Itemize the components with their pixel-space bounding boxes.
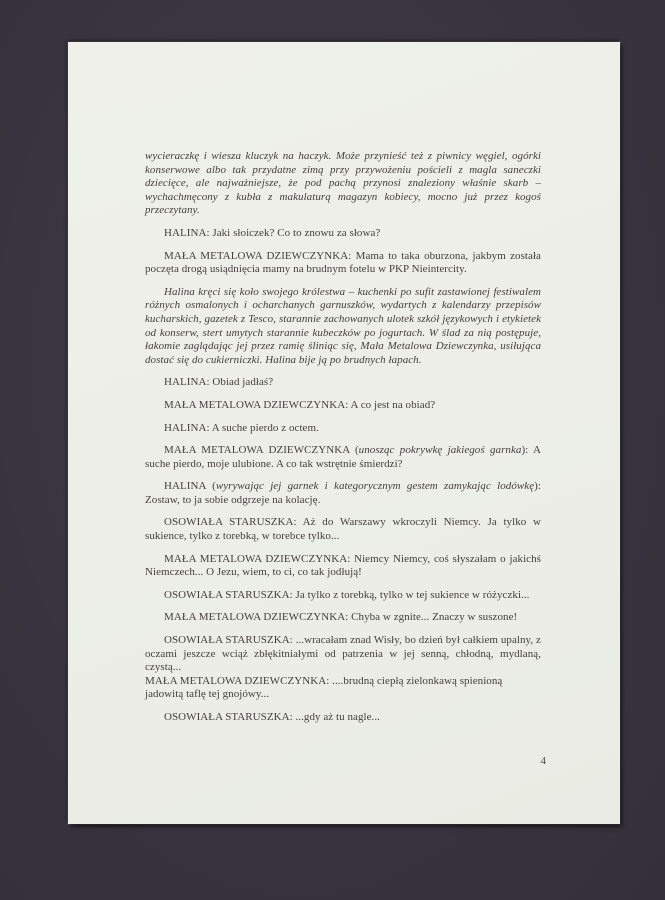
dialogue-line: OSOWIAŁA STARUSZKA: ...wracałam znad Wis… — [145, 634, 541, 675]
script-text: wycieraczkę i wiesza kluczyk na haczyk. … — [145, 150, 541, 725]
dialogue-line: MAŁA METALOWA DZIEWCZYNKA: ....brudną ci… — [145, 675, 541, 702]
dialogue-line: HALINA: Obiad jadłaś? — [145, 376, 541, 390]
stage-direction: Halina kręci się koło swojego królestwa … — [145, 286, 541, 368]
dialogue-line: HALINA: A suche pierdo z octem. — [145, 422, 541, 436]
parenthetical-text: unosząc pokrywkę jakiegoś garnka — [359, 444, 522, 456]
line-text: HALINA ( — [164, 480, 216, 492]
dialogue-line: HALINA: Jaki słoiczek? Co to znowu za sł… — [145, 227, 541, 241]
line-text: OSOWIAŁA STARUSZKA: Aż do Warszawy wkroc… — [145, 516, 541, 542]
line-text: HALINA: Obiad jadłaś? — [164, 376, 273, 388]
parenthetical-text: wycieraczkę i wiesza kluczyk na haczyk. … — [145, 150, 541, 216]
line-text: MAŁA METALOWA DZIEWCZYNKA: Chyba w zgnit… — [164, 611, 517, 623]
dialogue-line: OSOWIAŁA STARUSZKA: Ja tylko z torebką, … — [145, 589, 541, 603]
line-text: MAŁA METALOWA DZIEWCZYNKA: Mama to taka … — [145, 250, 541, 276]
page-number: 4 — [530, 755, 546, 767]
parenthetical-text: wyrywając jej garnek i kategorycznym ges… — [216, 480, 534, 492]
line-text: MAŁA METALOWA DZIEWCZYNKA: Niemcy Niemcy… — [145, 553, 541, 579]
line-text: MAŁA METALOWA DZIEWCZYNKA: ....brudną ci… — [145, 675, 502, 701]
line-text: HALINA: Jaki słoiczek? Co to znowu za sł… — [164, 227, 380, 239]
photo-backdrop: wycieraczkę i wiesza kluczyk na haczyk. … — [0, 0, 665, 900]
dialogue-line: MAŁA METALOWA DZIEWCZYNKA: Chyba w zgnit… — [145, 611, 541, 625]
line-text: MAŁA METALOWA DZIEWCZYNKA ( — [164, 444, 359, 456]
dialogue-line: HALINA (wyrywając jej garnek i kategoryc… — [145, 480, 541, 507]
dialogue-line: OSOWIAŁA STARUSZKA: ...gdy aż tu nagle..… — [145, 711, 541, 725]
stage-direction: wycieraczkę i wiesza kluczyk na haczyk. … — [145, 150, 541, 218]
line-text: OSOWIAŁA STARUSZKA: ...gdy aż tu nagle..… — [164, 711, 380, 723]
line-text: HALINA: A suche pierdo z octem. — [164, 422, 319, 434]
dialogue-line: MAŁA METALOWA DZIEWCZYNKA: A co jest na … — [145, 399, 541, 413]
line-text: OSOWIAŁA STARUSZKA: ...wracałam znad Wis… — [145, 634, 541, 673]
parenthetical-text: Halina kręci się koło swojego królestwa … — [145, 286, 541, 366]
dialogue-line: MAŁA METALOWA DZIEWCZYNKA: Niemcy Niemcy… — [145, 553, 541, 580]
paper-page: wycieraczkę i wiesza kluczyk na haczyk. … — [68, 42, 620, 824]
dialogue-line: MAŁA METALOWA DZIEWCZYNKA (unosząc pokry… — [145, 444, 541, 471]
dialogue-line: MAŁA METALOWA DZIEWCZYNKA: Mama to taka … — [145, 250, 541, 277]
line-text: OSOWIAŁA STARUSZKA: Ja tylko z torebką, … — [164, 589, 529, 601]
line-text: MAŁA METALOWA DZIEWCZYNKA: A co jest na … — [164, 399, 435, 411]
dialogue-line: OSOWIAŁA STARUSZKA: Aż do Warszawy wkroc… — [145, 516, 541, 543]
